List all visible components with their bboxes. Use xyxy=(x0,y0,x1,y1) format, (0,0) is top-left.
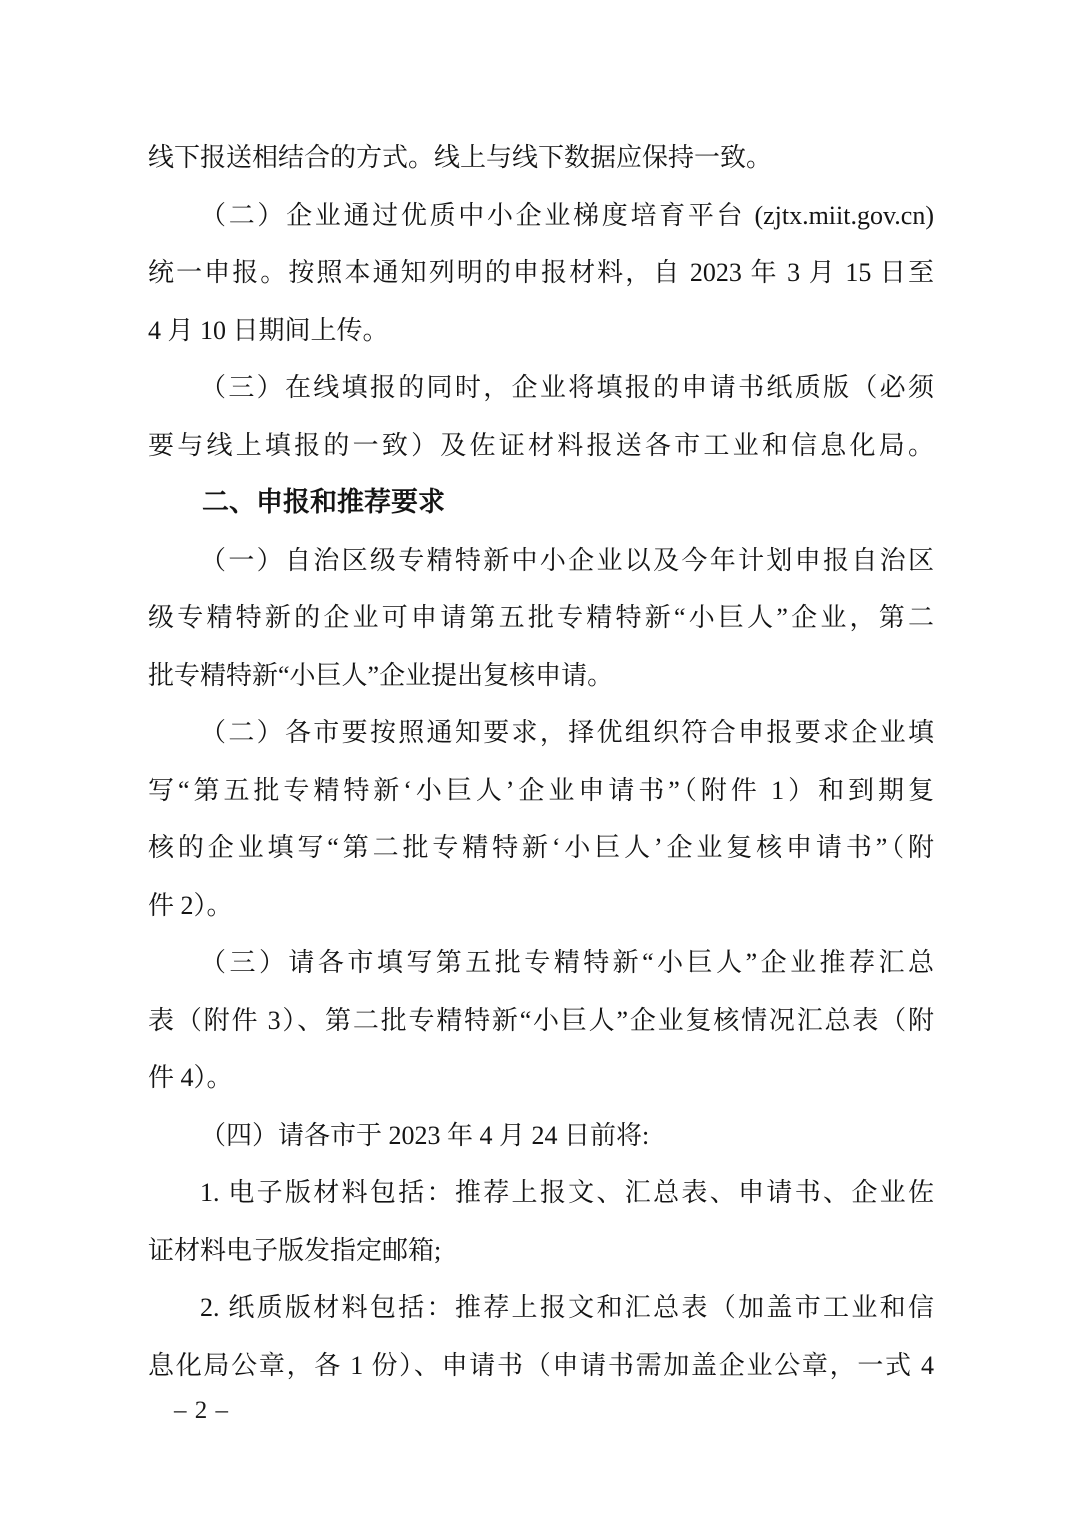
text-line: （四）请各市于 2023 年 4 月 24 日前将: xyxy=(148,1107,934,1165)
text-line: 件 4）。 xyxy=(148,1049,934,1107)
text-line: （三）请各市填写第五批专精特新“小巨人”企业推荐汇总 xyxy=(148,934,934,992)
text-line: 统一申报。按照本通知列明的申报材料，自 2023 年 3 月 15 日至 xyxy=(148,244,934,302)
section-heading: 二、申报和推荐要求 xyxy=(148,474,934,532)
text-line: 息化局公章，各 1 份）、申请书（申请书需加盖企业公章，一式 4 xyxy=(148,1337,934,1395)
text-line: 1. 电子版材料包括：推荐上报文、汇总表、申请书、企业佐 xyxy=(148,1164,934,1222)
text-line: 线下报送相结合的方式。线上与线下数据应保持一致。 xyxy=(148,129,934,187)
text-line: 核的企业填写“第二批专精特新‘小巨人’企业复核申请书”（附 xyxy=(148,819,934,877)
text-line: 件 2）。 xyxy=(148,877,934,935)
text-line: （三）在线填报的同时，企业将填报的申请书纸质版（必须 xyxy=(148,359,934,417)
text-line: 写“第五批专精特新‘小巨人’企业申请书”（附件 1）和到期复 xyxy=(148,762,934,820)
text-line: 要与线上填报的一致）及佐证材料报送各市工业和信息化局。 xyxy=(148,417,934,475)
text-line: （二）企业通过优质中小企业梯度培育平台 (zjtx.miit.gov.cn) xyxy=(148,187,934,245)
text-line: （一）自治区级专精特新中小企业以及今年计划申报自治区 xyxy=(148,532,934,590)
text-line: 证材料电子版发指定邮箱; xyxy=(148,1222,934,1280)
text-line: 批专精特新“小巨人”企业提出复核申请。 xyxy=(148,647,934,705)
text-line: 4 月 10 日期间上传。 xyxy=(148,302,934,360)
text-line: （二）各市要按照通知要求，择优组织符合申报要求企业填 xyxy=(148,704,934,762)
text-line: 级专精特新的企业可申请第五批专精特新“小巨人”企业，第二 xyxy=(148,589,934,647)
text-line: 2. 纸质版材料包括：推荐上报文和汇总表（加盖市工业和信 xyxy=(148,1279,934,1337)
document-page: 线下报送相结合的方式。线上与线下数据应保持一致。 （二）企业通过优质中小企业梯度… xyxy=(148,129,934,1394)
page-number: – 2 – xyxy=(174,1395,229,1427)
text-line: 表（附件 3）、第二批专精特新“小巨人”企业复核情况汇总表（附 xyxy=(148,992,934,1050)
